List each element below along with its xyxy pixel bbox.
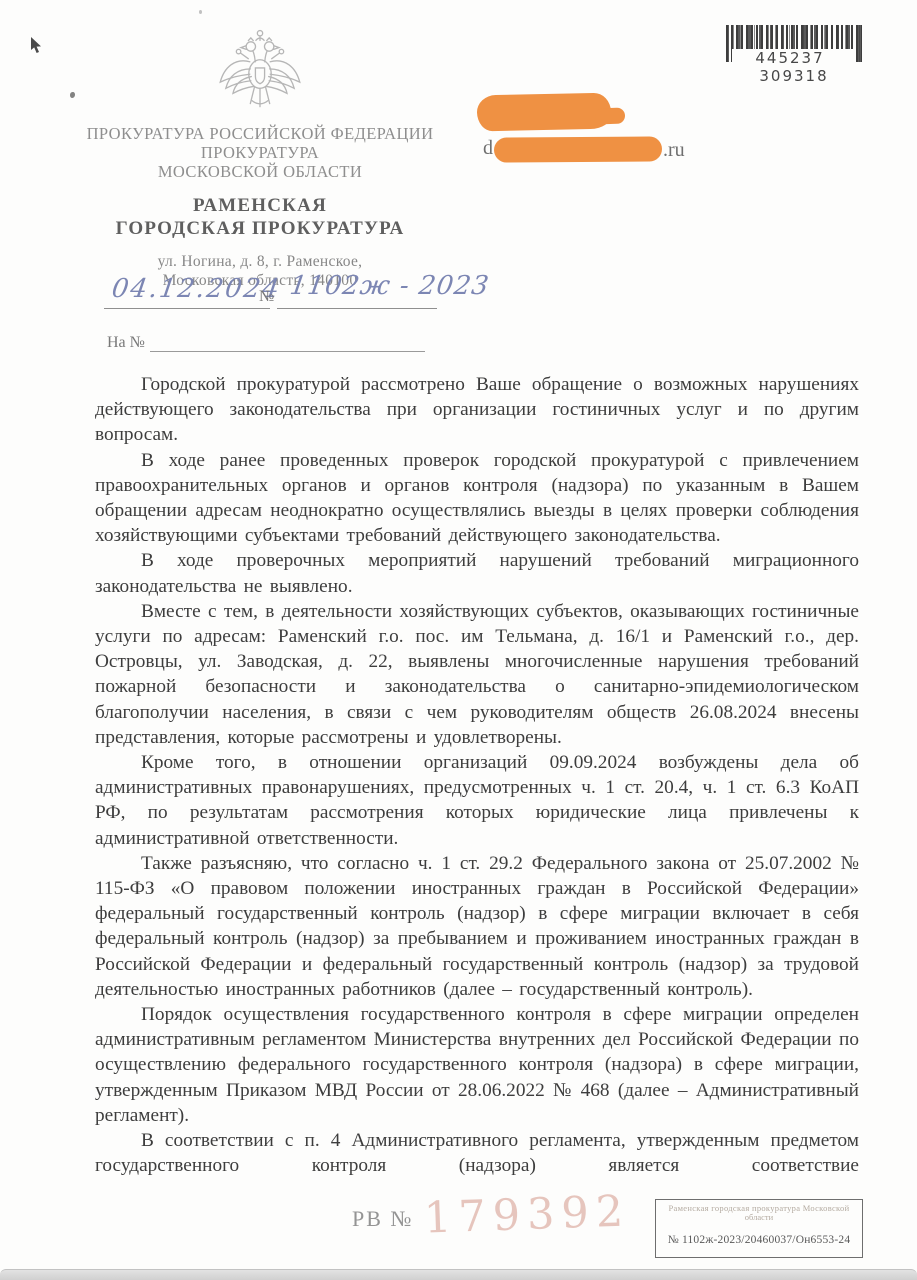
scan-bottom-edge <box>0 1269 917 1280</box>
date-rule-line <box>104 308 270 309</box>
barcode-digits: 445237309318 <box>732 49 856 85</box>
letter-body: Городской прокуратурой рассмотрено Ваше … <box>95 372 859 1179</box>
email-visible-prefix: d <box>483 137 493 160</box>
stamp-org-line2: области <box>656 1213 862 1222</box>
paragraph-8-cutoff: В соответствии с п. 4 Административного … <box>95 1128 859 1178</box>
paragraph-5: Кроме того, в отношении организаций 09.0… <box>95 750 859 851</box>
barcode-digits-left: 445237 <box>755 49 824 67</box>
paragraph-2: В ходе ранее проведенных проверок городс… <box>95 448 859 549</box>
org-address-line1: ул. Ногина, д. 8, г. Раменское, <box>50 252 470 271</box>
redaction-marker-phone <box>477 93 612 132</box>
redaction-marker-tail <box>595 107 626 124</box>
handwritten-outgoing-number: 1102ж - 2023 <box>288 271 491 301</box>
in-reply-to-rule-line <box>150 351 425 352</box>
mouse-cursor-icon <box>30 37 44 55</box>
org-line-prokuratura: ПРОКУРАТУРА <box>50 143 470 162</box>
rv-stamp-number: 179392 <box>423 1186 631 1243</box>
paragraph-1: Городской прокуратурой рассмотрено Ваше … <box>95 372 859 448</box>
barcode-digits-right: 309318 <box>759 67 828 85</box>
scan-speck <box>199 10 202 14</box>
coat-of-arms-eagle-icon <box>209 28 311 118</box>
paragraph-3: В ходе проверочных мероприятий нарушений… <box>95 548 859 598</box>
scanned-letter-page: 445237309318 <box>0 0 917 1280</box>
redaction-marker-email <box>494 136 662 162</box>
org-line-region: МОСКОВСКОЙ ОБЛАСТИ <box>50 162 470 181</box>
email-visible-suffix: .ru <box>663 139 685 162</box>
handwritten-date: 04.12.2024 <box>110 274 283 304</box>
stamp-registration-number: № 1102ж-2023/20460037/Он6553-24 <box>656 1234 862 1246</box>
org-line-federation: ПРОКУРАТУРА РОССИЙСКОЙ ФЕДЕРАЦИИ <box>50 124 470 143</box>
paragraph-7: Порядок осуществления государственного к… <box>95 1002 859 1128</box>
registration-stamp-box: Раменская городская прокуратура Московск… <box>655 1199 863 1258</box>
letterhead: ПРОКУРАТУРА РОССИЙСКОЙ ФЕДЕРАЦИИ ПРОКУРА… <box>50 28 470 290</box>
rv-stamp-label: РВ № <box>352 1206 413 1232</box>
number-rule-line <box>277 308 437 309</box>
org-name-line2: ГОРОДСКАЯ ПРОКУРАТУРА <box>50 217 470 240</box>
in-reply-to-label: На № <box>107 334 145 352</box>
registration-barcode: 445237309318 <box>726 25 862 69</box>
org-name-line1: РАМЕНСКАЯ <box>50 194 470 217</box>
paragraph-6: Также разъясняю, что согласно ч. 1 ст. 2… <box>95 851 859 1002</box>
number-sign-label: № <box>259 288 274 306</box>
paragraph-4: Вместе с тем, в деятельности хозяйствующ… <box>95 599 859 750</box>
